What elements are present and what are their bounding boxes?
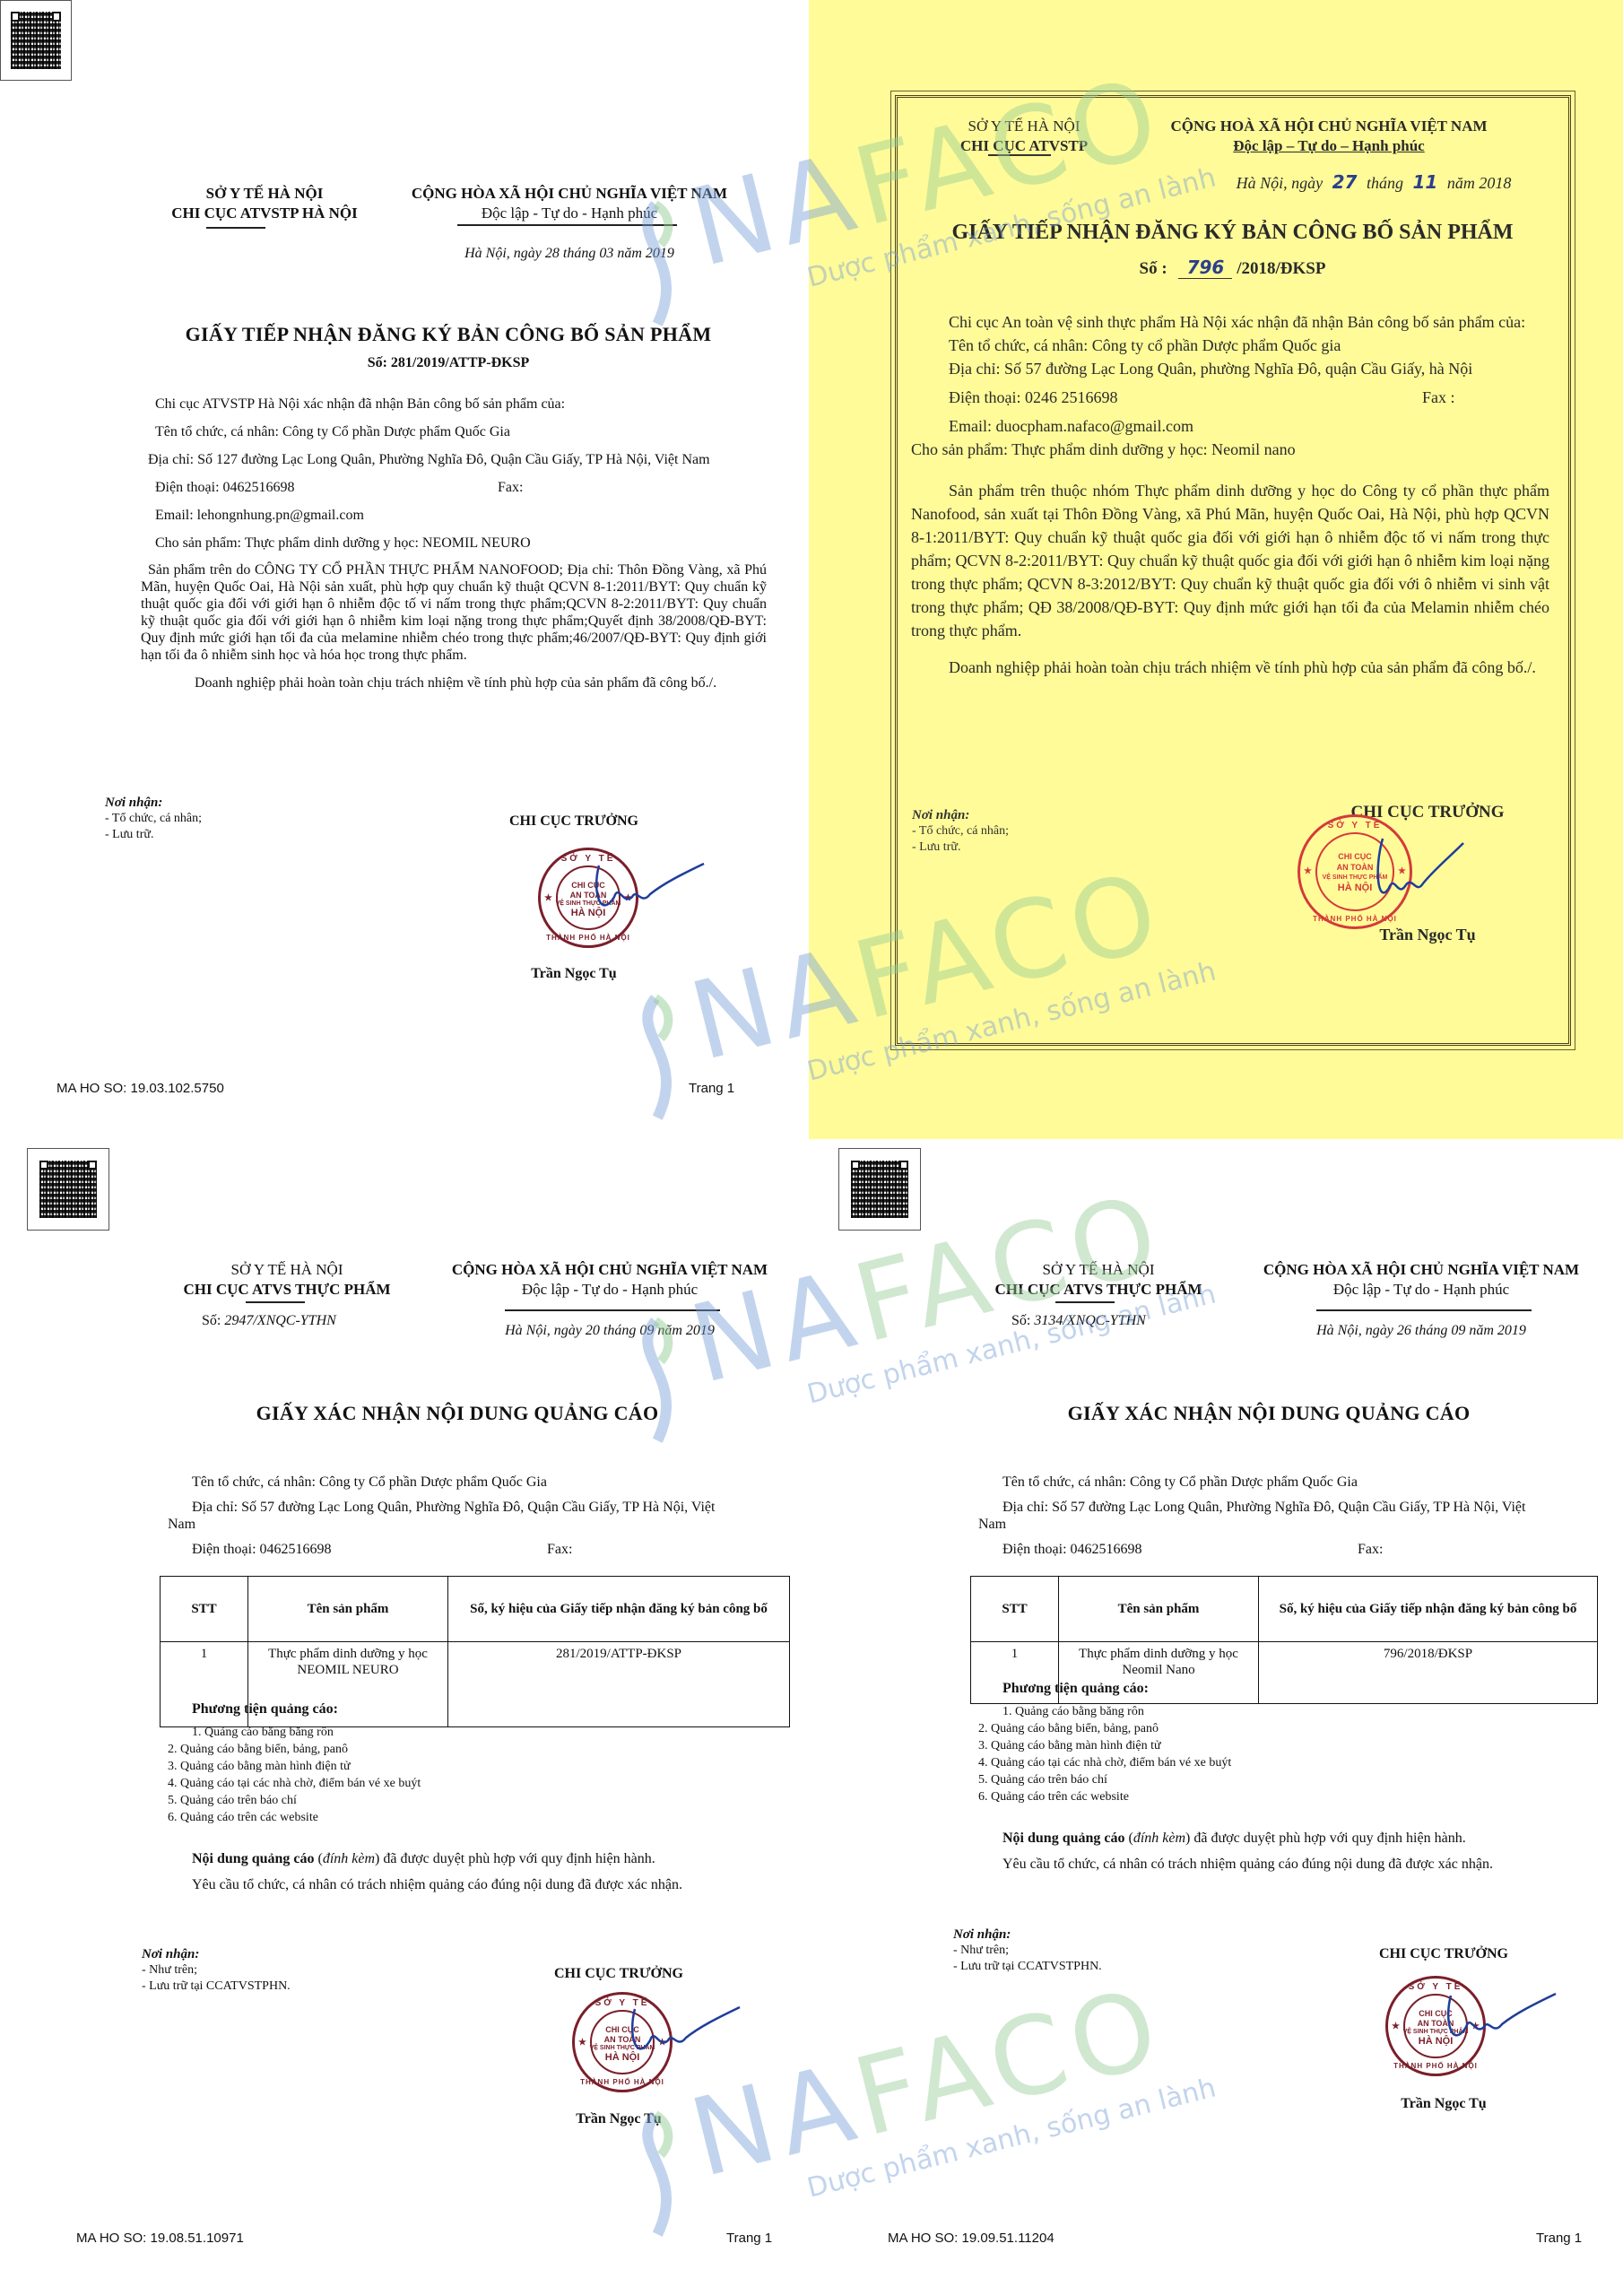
compliance-text: Sản phẩm trên thuộc nhóm Thực phẩm dinh …	[911, 479, 1549, 642]
media-item: 2. Quảng cáo bằng biển, bảng, panô	[978, 1720, 1561, 1737]
media-title: Phương tiện quảng cáo:	[978, 1679, 1561, 1698]
page-number: Trang 1	[726, 2231, 772, 2246]
signature	[1369, 834, 1468, 924]
document-body: Tên tổ chức, cá nhân: Công ty Cổ phần Dư…	[168, 1473, 742, 1559]
approval-italic: đính kèm	[323, 1851, 375, 1866]
issuer-line-1: SỞ Y TẾ HÀ NỘI	[934, 117, 1114, 136]
org-address: Địa chỉ: Số 127 đường Lạc Long Quân, Phư…	[141, 450, 767, 469]
recipients-title: Nơi nhận:	[105, 795, 202, 811]
recipients-title: Nơi nhận:	[142, 1946, 291, 1962]
media-title: Phương tiện quảng cáo:	[168, 1700, 751, 1718]
org-phone: Điện thoại: 0246 2516698	[949, 388, 1117, 406]
media-item: 6. Quảng cáo trên các website	[168, 1809, 751, 1826]
nation-title: CỘNG HÒA XÃ HỘI CHỦ NGHĨA VIỆT NAM	[395, 184, 744, 204]
issuer-line-2: CHI CỤC ATVS THỰC PHẨM	[968, 1280, 1228, 1300]
ref-number: Số: 2947/XNQC-YTHN	[202, 1311, 336, 1330]
compliance-text: Sản phẩm trên do CÔNG TY CỔ PHẦN THỰC PH…	[141, 561, 767, 664]
divider	[206, 227, 265, 229]
recipient-item: - Lưu trữ tại CCATVSTPHN.	[953, 1959, 1102, 1975]
nation-block: CỘNG HOÀ XÃ HỘI CHỦ NGHĨA VIỆT NAM Độc l…	[1132, 117, 1526, 156]
media-section: Phương tiện quảng cáo: 1. Quảng cáo bằng…	[168, 1700, 751, 1894]
responsibility-text: Doanh nghiệp phải hoàn toàn chịu trách n…	[911, 651, 1549, 683]
media-item: 2. Quảng cáo bằng biển, bảng, panô	[168, 1741, 751, 1758]
star-icon: ★	[1392, 2022, 1400, 2031]
document-body: Chi cục An toàn vệ sinh thực phẩm Hà Nội…	[911, 310, 1549, 683]
issuer-block: SỞ Y TẾ HÀ NỘI CHI CỤC ATVSTP	[934, 117, 1114, 156]
brand-faco: FACO	[843, 1965, 1176, 2161]
document-product-registration-2018: SỞ Y TẾ HÀ NỘI CHI CỤC ATVSTP CỘNG HOÀ X…	[809, 0, 1623, 1139]
issue-date: Hà Nội, ngày 20 tháng 09 năm 2019	[430, 1321, 789, 1340]
header-stt: STT	[971, 1577, 1059, 1642]
nation-title: CỘNG HOÀ XÃ HỘI CHỦ NGHĨA VIỆT NAM	[1132, 117, 1526, 136]
table-header-row: STT Tên sản phẩm Số, ký hiệu của Giấy ti…	[971, 1577, 1598, 1642]
org-email: Email: duocpham.nafaco@gmail.com	[911, 414, 1549, 438]
recipient-item: - Lưu trữ.	[912, 839, 1009, 856]
number-suffix: /2018/ĐKSP	[1237, 259, 1325, 278]
document-body: Tên tổ chức, cá nhân: Công ty Cổ phần Dư…	[978, 1473, 1552, 1559]
org-phone: Điện thoại: 0462516698	[155, 480, 295, 495]
header-registration: Số, ký hiệu của Giấy tiếp nhận đăng ký b…	[1259, 1577, 1598, 1642]
star-icon: ★	[578, 2038, 586, 2048]
file-code: MA HO SO: 19.08.51.10971	[76, 2231, 244, 2246]
divider	[457, 224, 677, 226]
recipient-item: - Như trên;	[953, 1943, 1102, 1959]
nafaco-logo-icon	[601, 983, 712, 1133]
date-prefix: Hà Nội, ngày	[1237, 174, 1324, 192]
signer-title: CHI CỤC TRƯỞNG	[547, 1964, 690, 1983]
star-icon: ★	[544, 893, 552, 903]
recipients-title: Nơi nhận:	[912, 807, 1009, 823]
recipients-title: Nơi nhận:	[953, 1926, 1102, 1943]
number-handwritten: 796	[1178, 257, 1232, 279]
org-name: Tên tổ chức, cá nhân: Công ty Cổ phần Dư…	[148, 422, 767, 441]
signer-title: CHI CỤC TRƯỞNG	[502, 812, 646, 831]
divider	[988, 154, 1051, 156]
approval-rest: ) đã được duyệt phù hợp với quy định hiệ…	[375, 1851, 655, 1866]
issuer-line-2: CHI CỤC ATVSTP HÀ NỘI	[135, 204, 395, 223]
intro: Chi cục ATVSTP Hà Nội xác nhận đã nhận B…	[148, 395, 767, 413]
issue-date: Hà Nội, ngày 26 tháng 09 năm 2019	[1242, 1321, 1601, 1340]
org-name: Tên tổ chức, cá nhân: Công ty Cổ phần Dư…	[168, 1473, 742, 1492]
media-item: 3. Quảng cáo bằng màn hình điện tử	[978, 1737, 1561, 1754]
issuer-line-1: SỞ Y TẾ HÀ NỘI	[157, 1260, 417, 1280]
header-registration: Số, ký hiệu của Giấy tiếp nhận đăng ký b…	[448, 1577, 790, 1642]
qr-code	[838, 1148, 921, 1231]
stamp-top-text: SỞ Y TẾ	[1300, 822, 1410, 831]
org-email: Email: lehongnhung.pn@gmail.com	[148, 506, 767, 525]
approval-statement: Nội dung quảng cáo (đính kèm) đã được du…	[978, 1829, 1561, 1848]
stamp-bottom-text: THÀNH PHỐ HÀ NỘI	[575, 2078, 670, 2087]
table-header-row: STT Tên sản phẩm Số, ký hiệu của Giấy ti…	[161, 1577, 790, 1642]
motto: Độc lập - Tự do - Hạnh phúc	[395, 204, 744, 223]
org-fax: Fax:	[547, 1540, 572, 1559]
stamp-bottom-text: THÀNH PHỐ HÀ NỘI	[541, 934, 636, 943]
media-list: 1. Quảng cáo bằng băng rôn 2. Quảng cáo …	[168, 1724, 751, 1826]
document-number: Số: 281/2019/ATTP-ĐKSP	[135, 353, 762, 372]
document-title: GIẤY TIẾP NHẬN ĐĂNG KÝ BẢN CÔNG BỐ SẢN P…	[135, 323, 762, 346]
approval-bold: Nội dung quảng cáo	[1002, 1831, 1125, 1846]
document-title: GIẤY XÁC NHẬN NỘI DUNG QUẢNG CÁO	[135, 1402, 780, 1425]
divider	[1316, 1309, 1532, 1311]
recipients: Nơi nhận: - Như trên; - Lưu trữ tại CCAT…	[953, 1926, 1102, 1975]
document-body: Chi cục ATVSTP Hà Nội xác nhận đã nhận B…	[148, 395, 767, 694]
org-name: Tên tổ chức, cá nhân: Công ty Cổ phần Dư…	[978, 1473, 1552, 1492]
recipients: Nơi nhận: - Tổ chức, cá nhân; - Lưu trữ.	[912, 807, 1009, 856]
date-month: 11	[1413, 171, 1438, 193]
nafaco-watermark: NAFACO Dược phẩm xanh, sống an lành	[681, 1964, 1219, 2228]
media-item: 5. Quảng cáo trên báo chí	[978, 1771, 1561, 1788]
nation-title: CỘNG HÒA XÃ HỘI CHỦ NGHĨA VIỆT NAM	[430, 1260, 789, 1280]
org-fax: Fax:	[498, 478, 523, 497]
recipient-item: - Tổ chức, cá nhân;	[105, 811, 202, 827]
nation-block: CỘNG HÒA XÃ HỘI CHỦ NGHĨA VIỆT NAM Độc l…	[430, 1260, 789, 1300]
media-item: 5. Quảng cáo trên báo chí	[168, 1792, 751, 1809]
signer-name: Trần Ngọc Tụ	[1372, 2094, 1515, 2113]
ref-label: Số:	[202, 1313, 221, 1328]
recipient-item: - Như trên;	[142, 1962, 291, 1979]
approval-bold: Nội dung quảng cáo	[192, 1851, 315, 1866]
issuer-block: SỞ Y TẾ HÀ NỘI CHI CỤC ATVSTP HÀ NỘI	[135, 184, 395, 223]
issuer-line-2: CHI CỤC ATVS THỰC PHẨM	[157, 1280, 417, 1300]
signature	[592, 857, 708, 928]
approval-rest: ) đã được duyệt phù hợp với quy định hiệ…	[1185, 1831, 1466, 1846]
recipient-item: - Lưu trữ tại CCATVSTPHN.	[142, 1979, 291, 1995]
approval-paren: (	[1125, 1831, 1133, 1846]
nation-block: CỘNG HÒA XÃ HỘI CHỦ NGHĨA VIỆT NAM Độc l…	[395, 184, 744, 223]
tagline: Dược phẩm xanh, sống an lành	[804, 2072, 1219, 2204]
approval-statement: Nội dung quảng cáo (đính kèm) đã được du…	[168, 1849, 751, 1868]
star-icon: ★	[1304, 866, 1312, 876]
number-label: Số :	[1140, 259, 1167, 278]
header-product: Tên sản phẩm	[248, 1577, 448, 1642]
recipients: Nơi nhận: - Như trên; - Lưu trữ tại CCAT…	[142, 1946, 291, 1995]
issuer-line-1: SỞ Y TẾ HÀ NỘI	[135, 184, 395, 204]
motto: Độc lập - Tự do - Hạnh phúc	[430, 1280, 789, 1300]
date-month-label: tháng	[1367, 174, 1403, 192]
recipient-item: - Lưu trữ.	[105, 827, 202, 843]
divider	[505, 1309, 720, 1311]
document-number: Số : 796 /2018/ĐKSP	[898, 257, 1567, 279]
ref-value: 3134/XNQC-YTHN	[1034, 1313, 1145, 1328]
issuer-block: SỞ Y TẾ HÀ NỘI CHI CỤC ATVS THỰC PHẨM	[968, 1260, 1228, 1300]
qr-code	[27, 1148, 109, 1231]
nation-block: CỘNG HÒA XÃ HỘI CHỦ NGHĨA VIỆT NAM Độc l…	[1242, 1260, 1601, 1300]
responsibility-text: Doanh nghiệp phải hoàn toàn chịu trách n…	[141, 673, 767, 694]
header-product: Tên sản phẩm	[1059, 1577, 1259, 1642]
stamp-bottom-text: THÀNH PHỐ HÀ NỘI	[1388, 2062, 1483, 2071]
issuer-line-1: SỞ Y TẾ HÀ NỘI	[968, 1260, 1228, 1280]
recipient-item: - Tổ chức, cá nhân;	[912, 823, 1009, 839]
media-list: 1. Quảng cáo bằng băng rôn 2. Quảng cáo …	[978, 1703, 1561, 1805]
divider	[1055, 1301, 1115, 1303]
document-title: GIẤY TIẾP NHẬN ĐĂNG KÝ BẢN CÔNG BỐ SẢN P…	[898, 221, 1567, 245]
org-address: Địa chỉ: Số 57 đường Lạc Long Quân, Phườ…	[978, 1499, 1552, 1533]
motto: Độc lập - Tự do - Hạnh phúc	[1242, 1280, 1601, 1300]
document-title: GIẤY XÁC NHẬN NỘI DUNG QUẢNG CÁO	[946, 1402, 1592, 1425]
divider	[246, 1301, 305, 1303]
file-code: MA HO SO: 19.03.102.5750	[56, 1081, 224, 1096]
intro: Chi cục An toàn vệ sinh thực phẩm Hà Nội…	[911, 310, 1549, 334]
signature	[628, 2000, 744, 2072]
date-year: năm 2018	[1447, 174, 1512, 192]
header-stt: STT	[161, 1577, 248, 1642]
issuer-block: SỞ Y TẾ HÀ NỘI CHI CỤC ATVS THỰC PHẨM	[157, 1260, 417, 1300]
ref-label: Số:	[1011, 1313, 1030, 1328]
signature	[1444, 1987, 1560, 2058]
org-fax: Fax:	[1358, 1540, 1383, 1559]
recipients: Nơi nhận: - Tổ chức, cá nhân; - Lưu trữ.	[105, 795, 202, 843]
issuer-line-2: CHI CỤC ATVSTP	[934, 136, 1114, 156]
org-phone: Điện thoại: 0462516698	[1002, 1542, 1142, 1557]
nafaco-watermark: NAFACO Dược phẩm xanh, sống an lành	[681, 1170, 1219, 1434]
nation-title: CỘNG HÒA XÃ HỘI CHỦ NGHĨA VIỆT NAM	[1242, 1260, 1601, 1280]
file-code: MA HO SO: 19.09.51.11204	[888, 2231, 1055, 2246]
org-name: Tên tổ chức, cá nhân: Công ty cổ phần Dư…	[911, 334, 1549, 357]
product-name: Cho sản phẩm: Thực phẩm dinh dưỡng y học…	[911, 438, 1549, 461]
page-number: Trang 1	[689, 1081, 734, 1096]
signer-name: Trần Ngọc Tụ	[1329, 926, 1526, 944]
qr-code	[0, 0, 72, 81]
requirement: Yêu cầu tổ chức, cá nhân có trách nhiệm …	[168, 1875, 751, 1894]
page-number: Trang 1	[1536, 2231, 1582, 2246]
issue-date: Hà Nội, ngày 28 tháng 03 năm 2019	[395, 244, 744, 263]
product-name: Cho sản phẩm: Thực phẩm dinh dưỡng y học…	[148, 534, 767, 552]
signer-name: Trần Ngọc Tụ	[502, 964, 646, 983]
media-item: 6. Quảng cáo trên các website	[978, 1788, 1561, 1805]
org-address: Địa chỉ: Số 57 đường Lạc Long Quân, Phườ…	[168, 1499, 742, 1533]
signer-title: CHI CỤC TRƯỞNG	[1372, 1944, 1515, 1963]
date-day: 27	[1332, 171, 1358, 193]
motto: Độc lập – Tự do – Hạnh phúc	[1132, 136, 1526, 156]
ref-value: 2947/XNQC-YTHN	[224, 1313, 335, 1328]
signer-name: Trần Ngọc Tụ	[547, 2109, 690, 2128]
media-section: Phương tiện quảng cáo: 1. Quảng cáo bằng…	[978, 1679, 1561, 1874]
media-item: 1. Quảng cáo bằng băng rôn	[168, 1724, 751, 1741]
org-address: Địa chỉ: Số 57 đường Lạc Long Quân, phườ…	[911, 357, 1549, 380]
ref-number: Số: 3134/XNQC-YTHN	[1011, 1311, 1146, 1330]
media-item: 4. Quảng cáo tại các nhà chờ, điểm bán v…	[168, 1775, 751, 1792]
approval-italic: đính kèm	[1133, 1831, 1185, 1846]
media-item: 4. Quảng cáo tại các nhà chờ, điểm bán v…	[978, 1754, 1561, 1771]
org-fax: Fax :	[1422, 386, 1455, 409]
approval-paren: (	[315, 1851, 323, 1866]
requirement: Yêu cầu tổ chức, cá nhân có trách nhiệm …	[978, 1855, 1561, 1874]
issue-date: Hà Nội, ngày 27 tháng 11 năm 2018	[1221, 170, 1526, 195]
media-item: 1. Quảng cáo bằng băng rôn	[978, 1703, 1561, 1720]
org-phone: Điện thoại: 0462516698	[192, 1542, 332, 1557]
media-item: 3. Quảng cáo bằng màn hình điện tử	[168, 1758, 751, 1775]
